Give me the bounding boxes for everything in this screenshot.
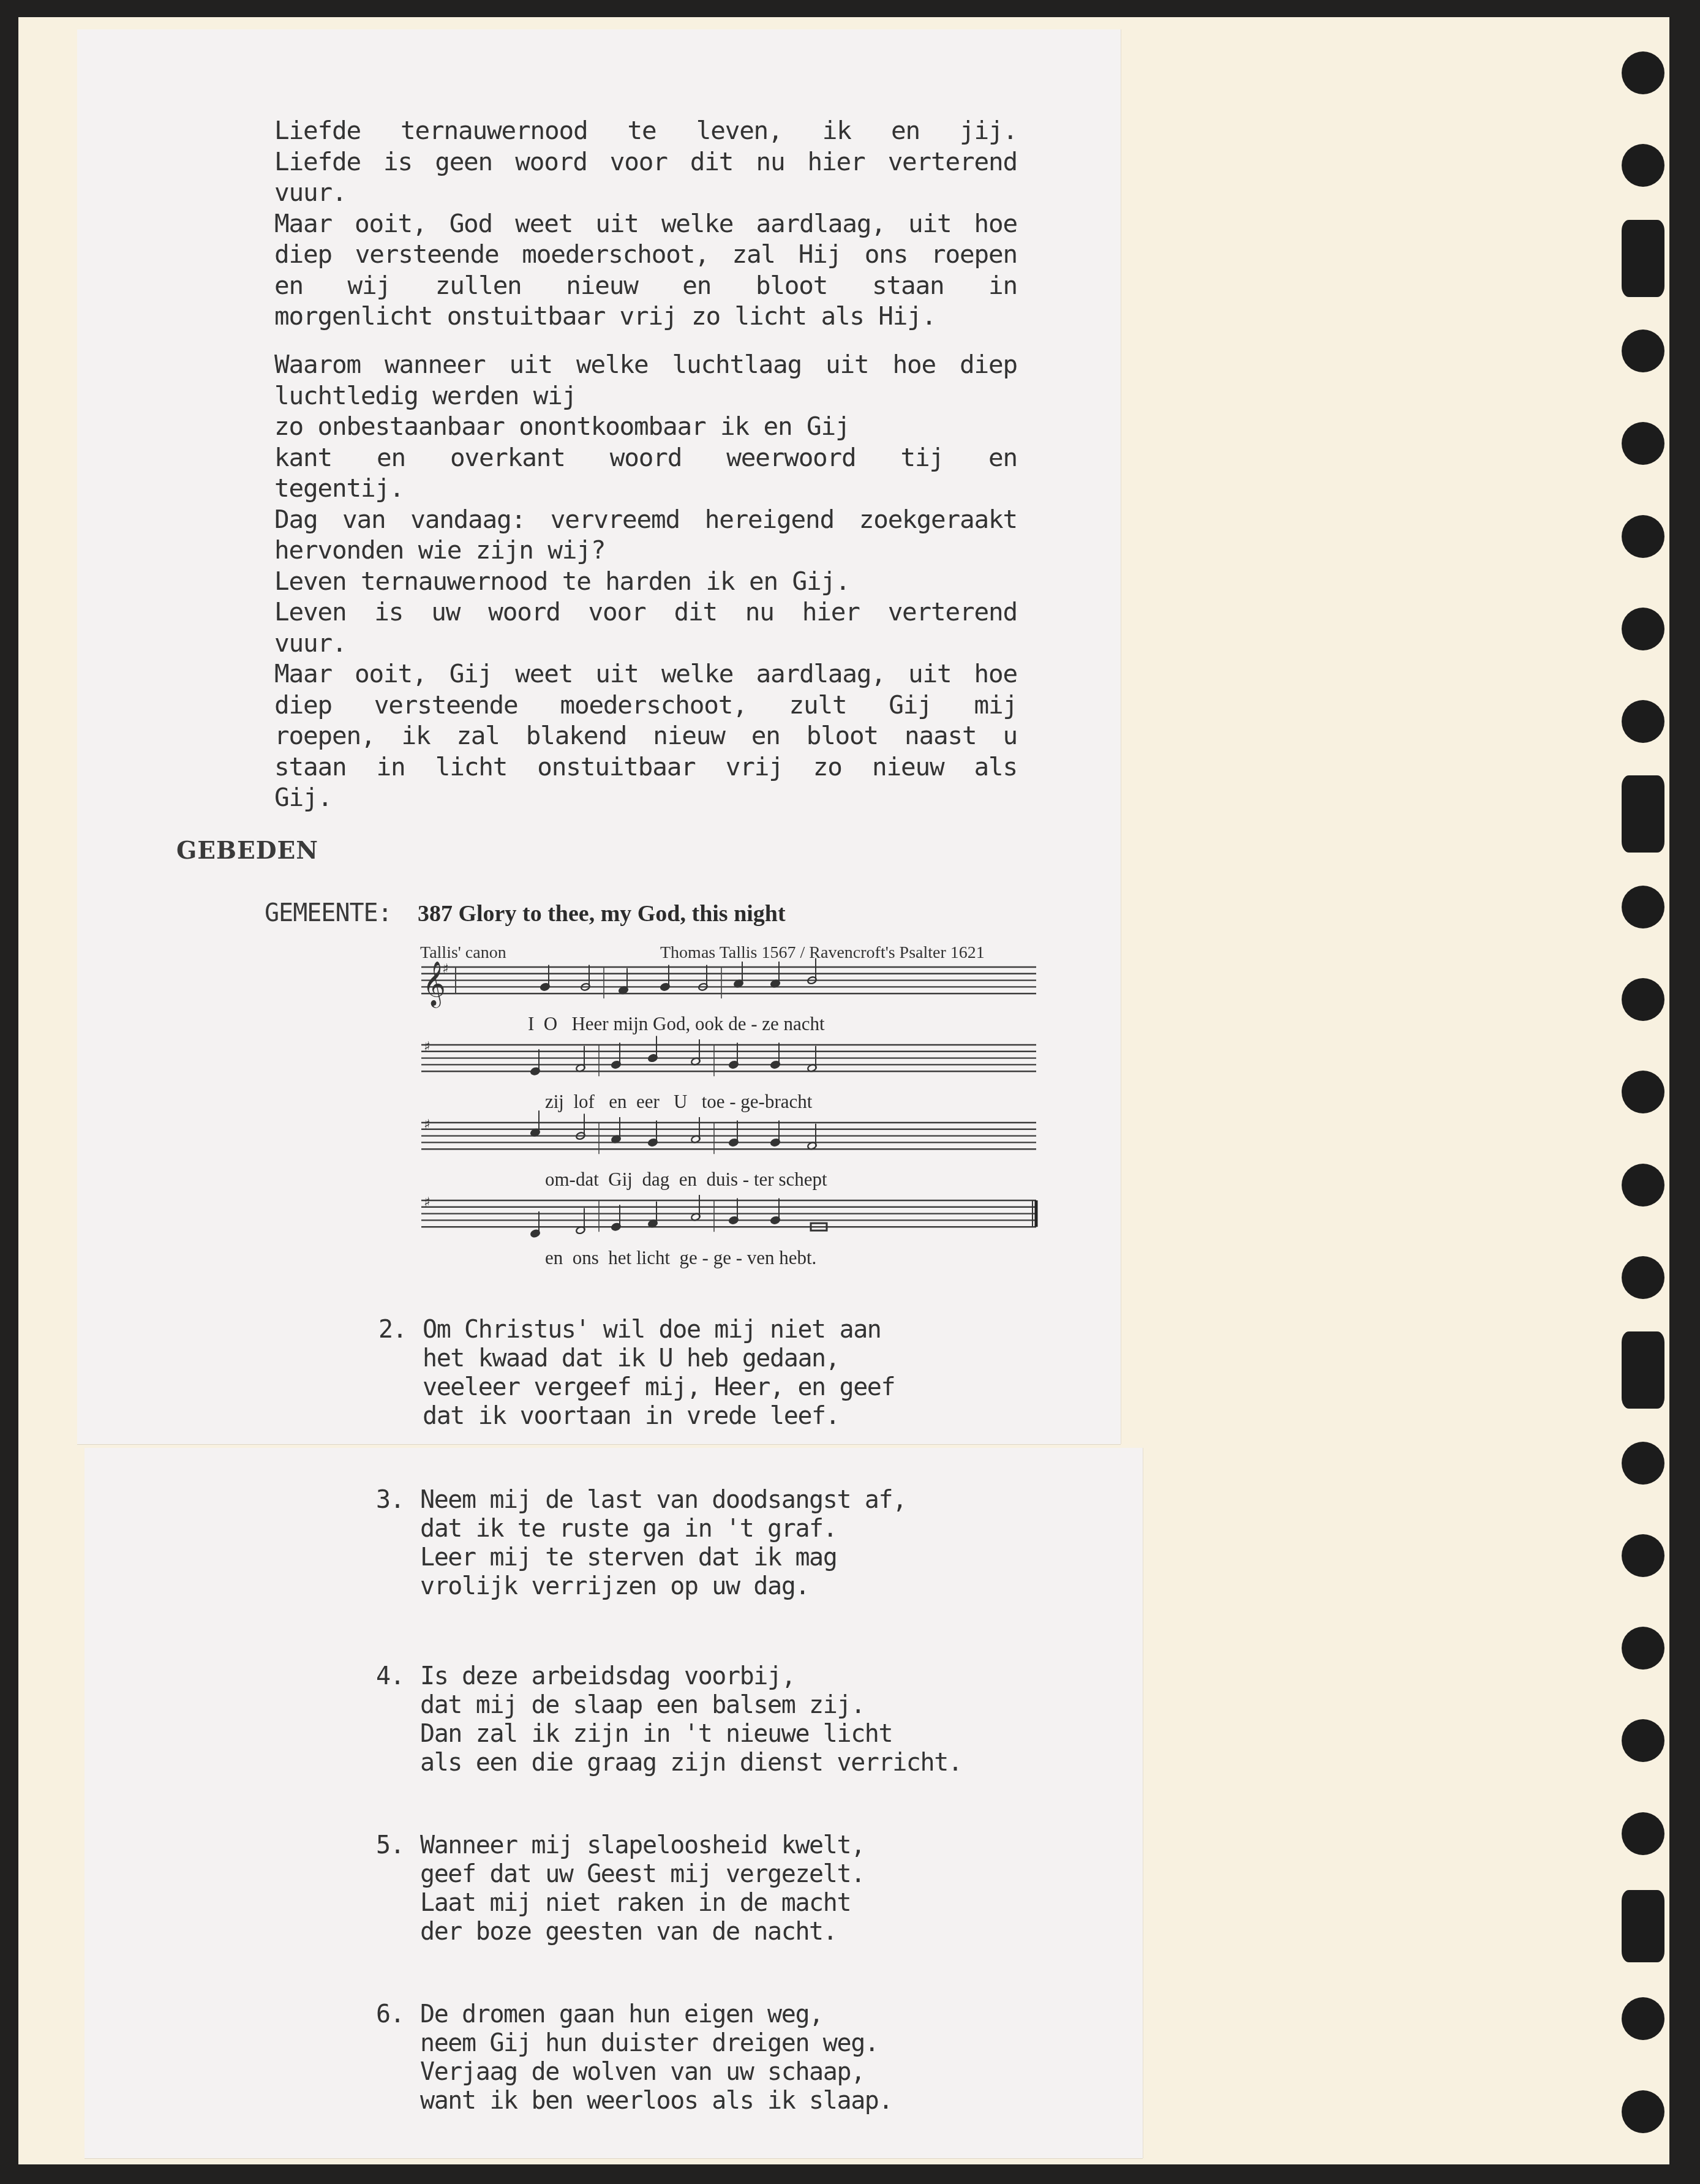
poem-line: staan in licht onstuitbaar vrij zo nieuw…: [274, 751, 1017, 783]
section-heading-gebeden: GEBEDEN: [176, 837, 318, 865]
poem-line: kant en overkant woord weerwoord tij en: [274, 442, 1017, 473]
binder-round-hole: [1622, 608, 1664, 650]
poem-line: Maar ooit, Gij weet uit welke aardlaag, …: [274, 658, 1017, 690]
pasted-sheet-top: Liefde ternauwernood te leven, ik en jij…: [77, 29, 1121, 1444]
lyric-line: I O Heer mijn God, ook de - ze nacht: [528, 1013, 825, 1035]
poem-line: roepen, ik zal blakend nieuw en bloot na…: [274, 720, 1017, 751]
poem-line: en wij zullen nieuw en bloot staan in: [274, 270, 1017, 301]
verse-number: 2.: [378, 1316, 407, 1344]
binder-slot-hole: [1622, 1331, 1664, 1409]
binder-round-hole: [1622, 700, 1664, 743]
hymn-composer: Thomas Tallis 1567 / Ravencroft's Psalte…: [660, 943, 985, 963]
poem-line: tegentij.: [274, 473, 1017, 504]
hymn-tune-name: Tallis' canon: [420, 943, 506, 963]
poem-line: Leven is uw woord voor dit nu hier verte…: [274, 597, 1017, 628]
hymn-title: 387 Glory to thee, my God, this night: [418, 900, 786, 927]
poem-line: diep versteende moederschoot, zal Hij on…: [274, 239, 1017, 270]
poem-stanza-1: Liefde ternauwernood te leven, ik en jij…: [274, 115, 1017, 332]
poem-line: Gij.: [274, 782, 1017, 813]
binder-round-hole: [1622, 1997, 1664, 2040]
congregation-label: GEMEENTE:: [265, 899, 392, 927]
svg-text:♯: ♯: [424, 1039, 431, 1055]
poem-line: luchtledig werden wij: [274, 380, 1017, 412]
binder-round-hole: [1622, 978, 1664, 1021]
binder-round-hole: [1622, 1719, 1664, 1762]
poem-line: Maar ooit, God weet uit welke aardlaag, …: [274, 208, 1017, 239]
poem-line: Leven ternauwernood te harden ik en Gij.: [274, 566, 1017, 597]
binder-round-hole: [1622, 886, 1664, 928]
pasted-sheet-bottom: 3. Neem mij de last van doodsangst af, d…: [85, 1448, 1143, 2158]
poem-stanza-2: Waarom wanneer uit welke luchtlaag uit h…: [274, 349, 1017, 813]
binder-round-hole: [1622, 1627, 1664, 1670]
lyric-line: zij lof en eer U toe - ge-bracht: [545, 1091, 812, 1113]
poem-line: Waarom wanneer uit welke luchtlaag uit h…: [274, 349, 1017, 380]
lyric-line: en ons het licht ge - ge - ven hebt.: [545, 1247, 816, 1269]
verse-number: 6.: [376, 2000, 404, 2029]
binder-round-hole: [1622, 1812, 1664, 1855]
binder-round-hole: [1622, 1164, 1664, 1207]
poem-line: Liefde ternauwernood te leven, ik en jij…: [274, 115, 1017, 146]
binder-round-hole: [1622, 2090, 1664, 2133]
poem-line: zo onbestaanbaar onontkoombaar ik en Gij: [274, 411, 1017, 442]
verse-text: Is deze arbeidsdag voorbij, dat mij de s…: [420, 1662, 962, 1777]
verse-number: 4.: [376, 1662, 404, 1691]
poem-line: Liefde is geen woord voor dit nu hier ve…: [274, 146, 1017, 178]
binder-page: Liefde ternauwernood te leven, ik en jij…: [18, 17, 1669, 2164]
svg-text:𝄞: 𝄞: [423, 961, 446, 1008]
verse-text: Neem mij de last van doodsangst af, dat …: [420, 1486, 906, 1601]
svg-text:♯: ♯: [424, 1117, 431, 1132]
lyric-line: om-dat Gij dag en duis - ter schept: [545, 1169, 827, 1191]
poem-line: vuur.: [274, 177, 1017, 208]
binder-round-hole: [1622, 422, 1664, 465]
verse-number: 3.: [376, 1486, 404, 1515]
poem-line: vuur.: [274, 628, 1017, 659]
binder-round-hole: [1622, 1534, 1664, 1577]
binder-round-hole: [1622, 1442, 1664, 1485]
verse-text: Om Christus' wil doe mij niet aan het kw…: [423, 1316, 895, 1431]
binder-round-hole: [1622, 329, 1664, 372]
poem-line: hervonden wie zijn wij?: [274, 535, 1017, 566]
binder-round-hole: [1622, 515, 1664, 558]
poem-line: diep versteende moederschoot, zult Gij m…: [274, 690, 1017, 721]
verse-text: De dromen gaan hun eigen weg, neem Gij h…: [420, 2000, 892, 2115]
binder-round-hole: [1622, 144, 1664, 187]
poem-line: Dag van vandaag: vervreemd hereigend zoe…: [274, 504, 1017, 535]
binder-slot-hole: [1622, 775, 1664, 853]
verse-text: Wanneer mij slapeloosheid kwelt, geef da…: [420, 1831, 865, 1946]
svg-text:♯: ♯: [442, 962, 449, 977]
verse-number: 5.: [376, 1831, 404, 1860]
poem-line: morgenlicht onstuitbaar vrij zo licht al…: [274, 301, 1017, 332]
binder-round-hole: [1622, 1256, 1664, 1299]
binder-slot-hole: [1622, 1890, 1664, 1962]
svg-text:♯: ♯: [424, 1195, 431, 1210]
binder-round-hole: [1622, 51, 1664, 94]
binder-round-hole: [1622, 1071, 1664, 1113]
binder-slot-hole: [1622, 220, 1664, 297]
